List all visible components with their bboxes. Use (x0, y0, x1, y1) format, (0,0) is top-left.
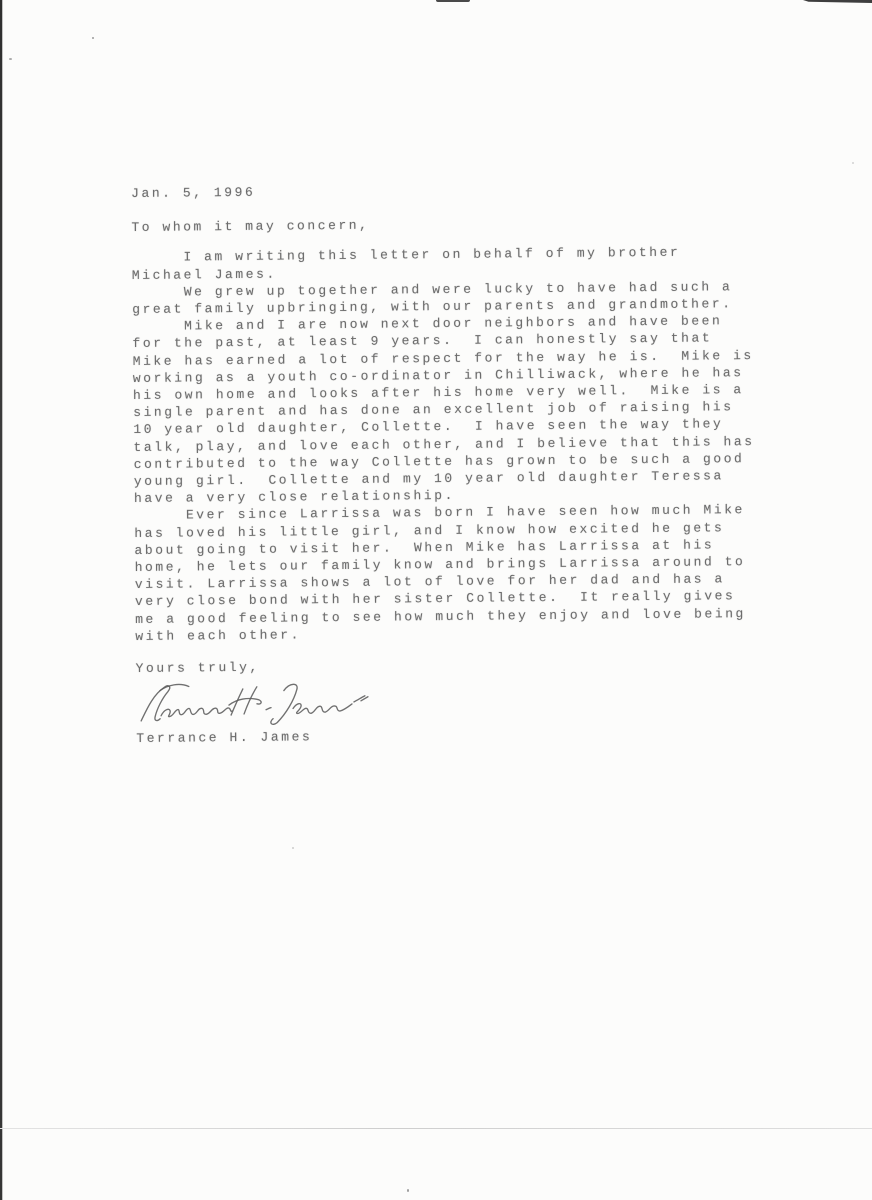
letter-content: Jan. 5, 1996 To whom it may concern, I a… (131, 178, 816, 747)
scan-speck (92, 37, 94, 39)
letter-closing: Yours truly, (136, 654, 816, 678)
scan-artifact-top-right (803, 0, 872, 3)
signature-ink-strokes (139, 679, 371, 729)
letter-date: Jan. 5, 1996 (131, 178, 811, 202)
scan-edge-left-shadow (2, 0, 3, 1200)
scan-speck (9, 58, 12, 60)
handwritten-signature (139, 675, 816, 729)
letter-salutation: To whom it may concern, (131, 212, 811, 236)
scanned-letter-page: Jan. 5, 1996 To whom it may concern, I a… (0, 0, 872, 1200)
scan-artifact-top (436, 0, 470, 2)
letter-body: I am writing this letter on behalf of my… (132, 243, 816, 645)
paper-fold-line (0, 1128, 872, 1129)
scan-speck (852, 162, 854, 164)
scan-speck (292, 847, 294, 849)
scan-speck (407, 1189, 409, 1192)
